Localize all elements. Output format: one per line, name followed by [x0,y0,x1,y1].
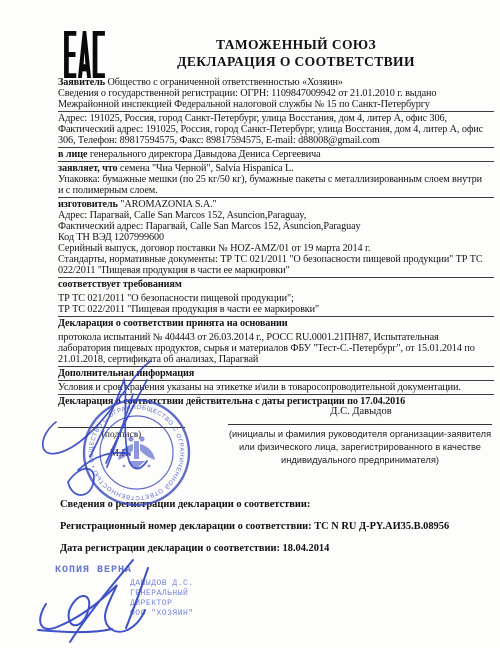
registration-date: Дата регистрации декларации о соответств… [60,543,449,554]
doc-line: Адрес: Парагвай, Calle San Marcos 152, A… [58,210,494,221]
doc-line: 306, Телефон: 89817594575, Факс: 8981759… [58,135,494,148]
doc-line: Межрайонной инспекцией Федеральной налог… [58,99,494,112]
doc-line: Декларация о соответствии принята на осн… [58,318,494,329]
doc-line: Стандарты, нормативные документы: ТР ТС … [58,254,494,265]
doc-line: заявляет, что семена "Чиа Черной", Salvi… [58,163,494,174]
doc-lines: Заявитель Общество с ограниченной ответс… [58,77,494,407]
doc-line: Заявитель Общество с ограниченной ответс… [58,77,494,88]
doc-line: изготовитель "AROMAZONIA S.A." [58,199,494,210]
doc-line: и с полимерным слоем. [58,185,494,198]
title-line1: ТАМОЖЕННЫЙ СОЮЗ [110,36,482,53]
doc-line: ТР ТС 022/2011 "Пищевая продукция в част… [58,304,494,317]
doc-line: лаборатория пищевых продуктов, сырья и м… [58,343,494,354]
signature-ink-icon [38,360,190,510]
eac-mark-icon [64,31,105,78]
registration-number: Регистрационный номер декларации о соотв… [60,521,449,532]
name-rule [228,424,492,425]
doc-line: Серийный выпуск, договор поставки № HOZ-… [58,243,494,254]
page-title: ТАМОЖЕННЫЙ СОЮЗ ДЕКЛАРАЦИЯ О СООТВЕТСТВИ… [110,36,482,70]
doc-line: Упаковка: бумажные мешки (по 25 кг/50 кг… [58,174,494,185]
doc-line: Адрес: 191025, Россия, город Санкт-Петер… [58,113,494,124]
head-caption: (инициалы и фамилия руководителя организ… [222,428,498,467]
declaration-document: ТАМОЖЕННЫЙ СОЮЗ ДЕКЛАРАЦИЯ О СООТВЕТСТВИ… [0,0,500,648]
doc-line: Фактический адрес: 191025, Россия, город… [58,124,494,135]
head-name: Д.С. Давыдов [230,406,492,417]
title-line2: ДЕКЛАРАЦИЯ О СООТВЕТСТВИИ [110,53,482,70]
doc-line: протокола испытаний № 404443 от 26.03.20… [58,332,494,343]
doc-line: ТР ТС 021/2011 "О безопасности пищевой п… [58,293,494,304]
signature2-ink-icon [30,558,185,648]
doc-line: 022/2011 "Пищевая продукция в части ее м… [58,265,494,278]
doc-line: Сведения о государственной регистрации: … [58,88,494,99]
doc-line: Фактический адрес: Парагвай, Calle San M… [58,221,494,232]
doc-line: соответствует требованиям [58,279,494,290]
doc-line: Код ТН ВЭД 1207999600 [58,232,494,243]
doc-line: в лице генерального директора Давыдова Д… [58,149,494,162]
